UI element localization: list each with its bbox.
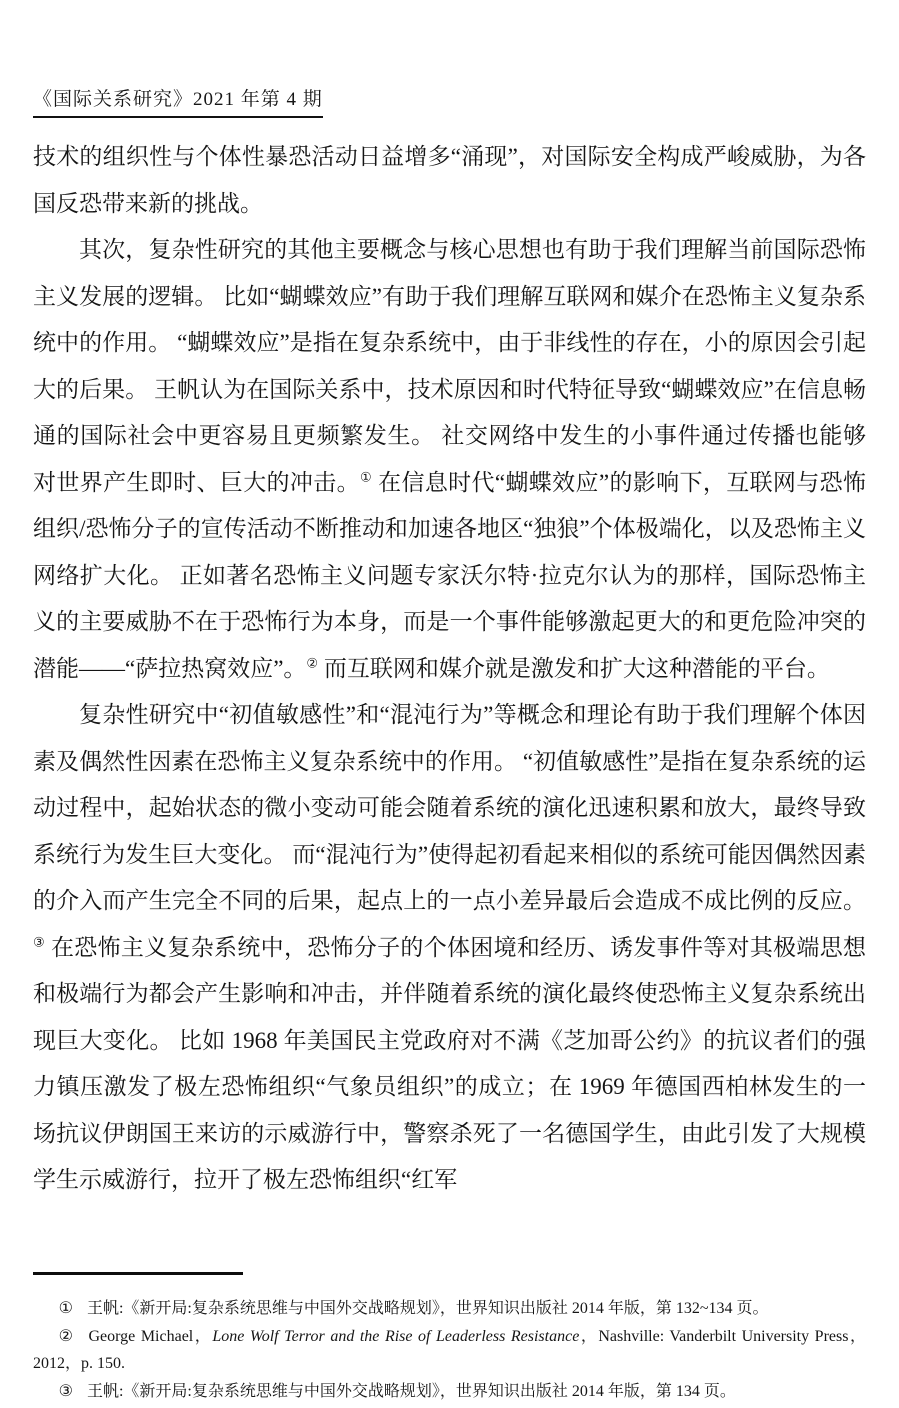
paragraph-text: 复杂性研究中“初值敏感性”和“混沌行为”等概念和理论有助于我们理解个体因素及偶然… — [33, 702, 866, 913]
footnote-1: ①王帆:《新开局:复杂系统思维与中国外交战略规划》，世界知识出版社 2014 年… — [33, 1295, 866, 1323]
footnotes-section: ①王帆:《新开局:复杂系统思维与中国外交战略规划》，世界知识出版社 2014 年… — [33, 1272, 866, 1405]
paragraph-text: 在恐怖主义复杂系统中，恐怖分子的个体困境和经历、诱发事件等对其极端思想和极端行为… — [33, 935, 866, 1193]
article-body: 技术的组织性与个体性暴恐活动日益增多“涌现”，对国际安全构成严峻威胁，为各国反恐… — [33, 134, 866, 1204]
paragraph: 复杂性研究中“初值敏感性”和“混沌行为”等概念和理论有助于我们理解个体因素及偶然… — [33, 692, 866, 1204]
paragraph-continuation: 技术的组织性与个体性暴恐活动日益增多“涌现”，对国际安全构成严峻威胁，为各国反恐… — [33, 134, 866, 227]
footnote-marker: ① — [59, 1300, 73, 1317]
footnote-separator-rule — [33, 1272, 243, 1275]
paragraph-text: 其次，复杂性研究的其他主要概念与核心思想也有助于我们理解当前国际恐怖主义发展的逻… — [33, 237, 866, 495]
footnote-marker: ③ — [59, 1383, 73, 1400]
paragraph: 其次，复杂性研究的其他主要概念与核心思想也有助于我们理解当前国际恐怖主义发展的逻… — [33, 227, 866, 692]
footnote-ref-3: ③ — [33, 934, 45, 949]
journal-page: 《国际关系研究》2021 年第 4 期 技术的组织性与个体性暴恐活动日益增多“涌… — [0, 0, 899, 1408]
paragraph-text: 在信息时代“蝴蝶效应”的影响下，互联网与恐怖组织/恐怖分子的宣传活动不断推动和加… — [33, 470, 866, 681]
footnote-ref-1: ① — [360, 469, 372, 484]
footnote-marker: ② — [59, 1328, 75, 1345]
footnote-text: 王帆:《新开局:复杂系统思维与中国外交战略规划》，世界知识出版社 2014 年版… — [87, 1300, 769, 1317]
running-head: 《国际关系研究》2021 年第 4 期 — [33, 84, 323, 118]
footnote-2: ②George Michael，Lone Wolf Terror and the… — [33, 1323, 866, 1378]
footnote-text: George Michael， — [88, 1328, 212, 1345]
paragraph-text: 而互联网和媒介就是激发和扩大这种潜能的平台。 — [318, 656, 830, 681]
paragraph-text: 技术的组织性与个体性暴恐活动日益增多“涌现”，对国际安全构成严峻威胁，为各国反恐… — [33, 144, 866, 216]
footnote-text: 王帆:《新开局:复杂系统思维与中国外交战略规划》，世界知识出版社 2014 年版… — [87, 1383, 736, 1400]
footnote-ref-2: ② — [306, 655, 318, 670]
journal-issue-title: 《国际关系研究》2021 年第 4 期 — [33, 84, 323, 118]
footnote-list: ①王帆:《新开局:复杂系统思维与中国外交战略规划》，世界知识出版社 2014 年… — [33, 1295, 866, 1405]
footnote-book-title: Lone Wolf Terror and the Rise of Leaderl… — [212, 1328, 579, 1345]
footnote-3: ③王帆:《新开局:复杂系统思维与中国外交战略规划》，世界知识出版社 2014 年… — [33, 1378, 866, 1406]
